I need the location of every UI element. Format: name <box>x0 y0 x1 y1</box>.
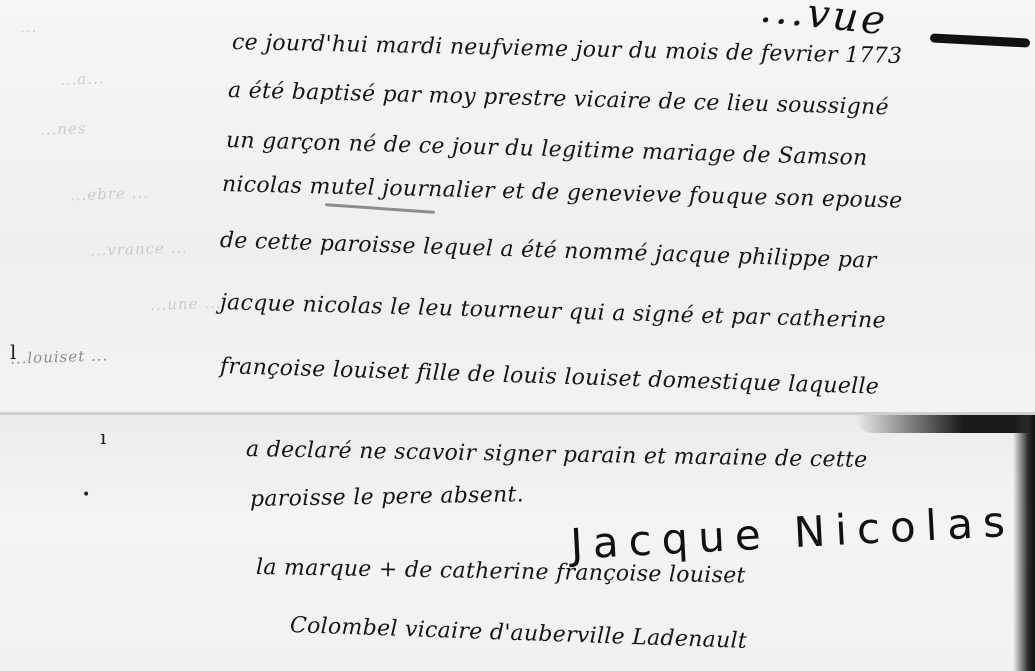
bleed-through-text: ...nes <box>40 119 87 139</box>
ink-dot: ı <box>100 425 106 449</box>
register-page-bottom: ı • a declaré ne scavoir signer parain e… <box>0 415 1035 671</box>
record-line-6: jacque nicolas le leu tourneur qui a sig… <box>220 290 887 334</box>
register-page-top: ... ...a... ...nes ...ebre ... ...vrance… <box>0 0 1035 415</box>
ink-flourish <box>930 33 1030 47</box>
underline-mark <box>325 203 435 214</box>
record-line-7: françoise louiset fille de louis louiset… <box>220 354 880 400</box>
margin-mark: ⅼ <box>10 340 16 364</box>
record-line-2: a été baptisé par moy prestre vicaire de… <box>228 78 890 120</box>
bleed-through-text: ... <box>20 18 38 37</box>
godfather-signature: Jacque Nicolas le leu <box>569 486 1035 569</box>
record-line-11: Colombel vicaire d'auberville Ladenault <box>290 613 748 654</box>
ink-dot: • <box>82 487 90 503</box>
record-line-8: a declaré ne scavoir signer parain et ma… <box>246 437 868 473</box>
record-line-3: un garçon né de ce jour du legitime mari… <box>226 128 868 171</box>
page-edge-shadow <box>1013 415 1035 671</box>
record-line-9: paroisse le pere absent. <box>250 482 524 512</box>
bleed-through-text: ...une ... <box>150 294 222 314</box>
bleed-through-text: ...a... <box>60 69 105 89</box>
heading-fragment: ...vue <box>758 0 890 45</box>
bleed-through-text: ...vrance ... <box>90 238 188 259</box>
binding-shadow <box>855 415 1035 433</box>
bleed-through-text: ...louiset ... <box>10 346 109 367</box>
record-line-4: nicolas mutel journalier et de genevieve… <box>222 172 903 214</box>
record-line-5: de cette paroisse lequel a été nommé jac… <box>220 228 877 274</box>
bleed-through-text: ...ebre ... <box>70 184 149 205</box>
